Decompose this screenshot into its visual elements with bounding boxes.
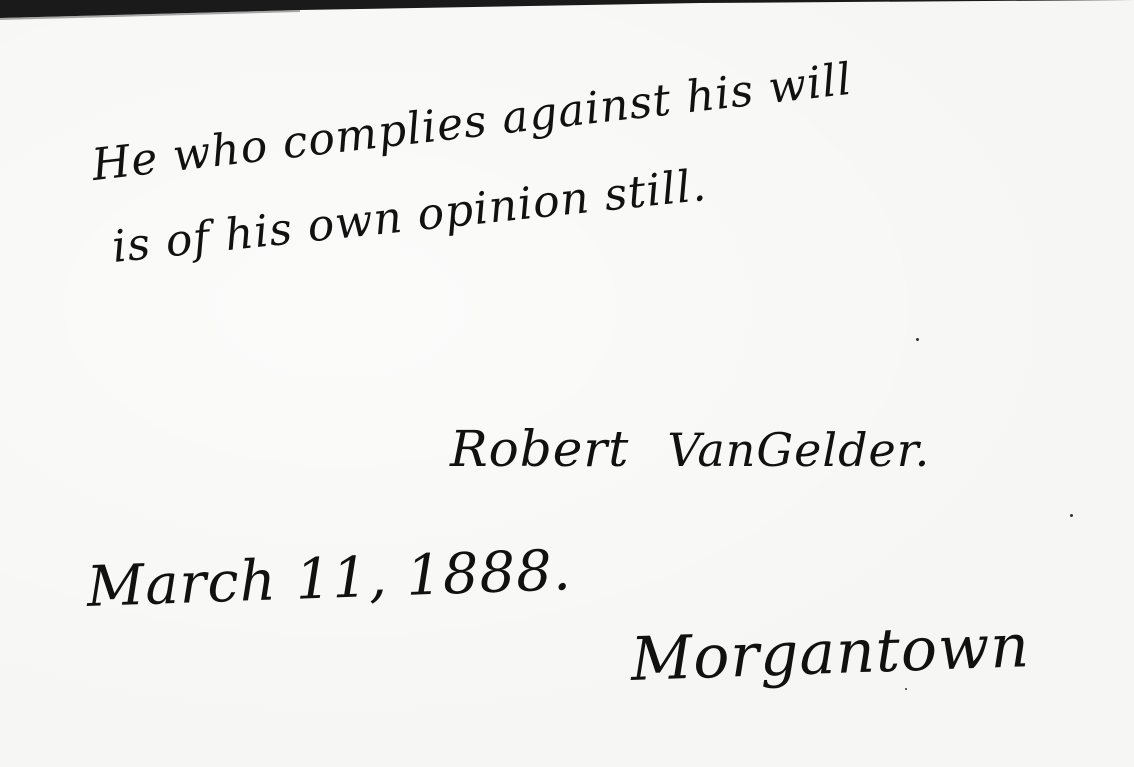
quote-line-1: He who complies against his will [89, 54, 855, 191]
signature-surname: VanGelder. [667, 423, 930, 477]
album-page: He who complies against his will is of h… [0, 0, 1134, 767]
signature: RobertVanGelder. [450, 420, 930, 478]
ink-speck [1070, 514, 1073, 517]
signature-given-name: Robert [450, 420, 629, 478]
ink-speck [916, 338, 919, 341]
ink-speck [905, 688, 907, 690]
date-written: March 11, 1888. [86, 538, 573, 620]
place-written: Morgantown [630, 611, 1031, 695]
scanned-page-edge-shadow [0, 0, 1134, 22]
